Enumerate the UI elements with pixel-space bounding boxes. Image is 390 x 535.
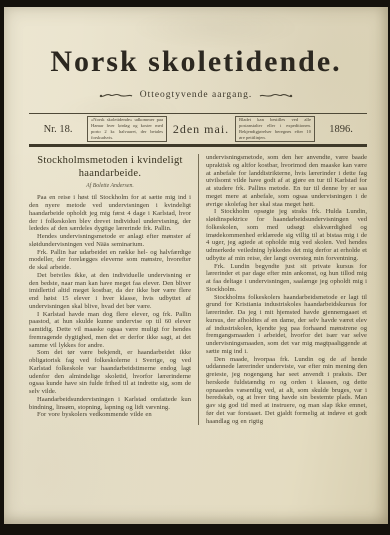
right-column-text: undervisningsmetode, som den her anvendt… bbox=[206, 154, 367, 425]
issue-year: 1896. bbox=[315, 114, 367, 144]
issue-number: Nr. 18. bbox=[29, 114, 87, 144]
article-title: Stockholmsmetoden i kvindeligt haandarbe… bbox=[29, 154, 191, 180]
paragraph: I Stockholm opsøgte jeg straks frk. Huld… bbox=[206, 208, 367, 262]
paragraph: For vore byskolers vedkommende vilde en bbox=[29, 411, 191, 419]
left-column-text: Paa en reise i høst til Stockholm for at… bbox=[29, 194, 191, 419]
masthead-subtitle: Otteogtyvende aargang. bbox=[140, 90, 253, 100]
article-title-line2: haandarbeide. bbox=[29, 167, 191, 180]
left-column: Stockholmsmetoden i kvindeligt haandarbe… bbox=[29, 154, 198, 425]
paragraph: undervisningsmetode, som den her anvendt… bbox=[206, 154, 367, 208]
paragraph: Den maade, hvorpaa frk. Lundin og de af … bbox=[206, 356, 367, 426]
paragraph: Frk. Pallin har udarbeidet en række hel-… bbox=[29, 249, 191, 272]
paragraph: Stockholms folkeskolers haandarbeidsmeto… bbox=[206, 294, 367, 356]
paragraph: Hendes undervisningsmetode er anlagt eft… bbox=[29, 233, 191, 249]
paper-title: Norsk skoletidende. bbox=[4, 47, 388, 77]
paragraph: Paa en reise i høst til Stockholm for at… bbox=[29, 194, 191, 233]
article-columns: Stockholmsmetoden i kvindeligt haandarbe… bbox=[29, 154, 367, 425]
paragraph: Det betviles ikke, at den individuelle u… bbox=[29, 272, 191, 311]
paragraph: I Karlstad havde man dog flere elever, o… bbox=[29, 311, 191, 350]
issue-date: 2den mai. bbox=[167, 114, 235, 144]
right-column: undervisningsmetode, som den her anvendt… bbox=[198, 154, 367, 425]
article-byline: Af Bolette Andersen. bbox=[29, 183, 191, 189]
masthead: Norsk skoletidende. Otteogtyvende aargan… bbox=[4, 47, 388, 147]
subtitle-row: Otteogtyvende aargang. bbox=[4, 90, 388, 100]
swash-ornament-left-icon bbox=[99, 91, 133, 100]
scanned-newspaper-page: Norsk skoletidende. Otteogtyvende aargan… bbox=[4, 7, 388, 524]
swash-ornament-right-icon bbox=[259, 91, 293, 100]
paragraph: Som det tør være bekjendt, er haandarbei… bbox=[29, 349, 191, 396]
subscription-note: «Norsk skoletidende» udkommer paa Hamar … bbox=[87, 116, 167, 142]
paragraph: Haandarbeidsundervisningen i Karlstad om… bbox=[29, 396, 191, 412]
issue-info-bar: Nr. 18. «Norsk skoletidende» udkommer pa… bbox=[29, 113, 367, 147]
ordering-note: Bladet kan bestilles ved alle postanstal… bbox=[235, 116, 315, 142]
article-title-line1: Stockholmsmetoden i kvindeligt bbox=[29, 154, 191, 167]
paragraph: Frk. Lundin begyndte just sit private ku… bbox=[206, 263, 367, 294]
